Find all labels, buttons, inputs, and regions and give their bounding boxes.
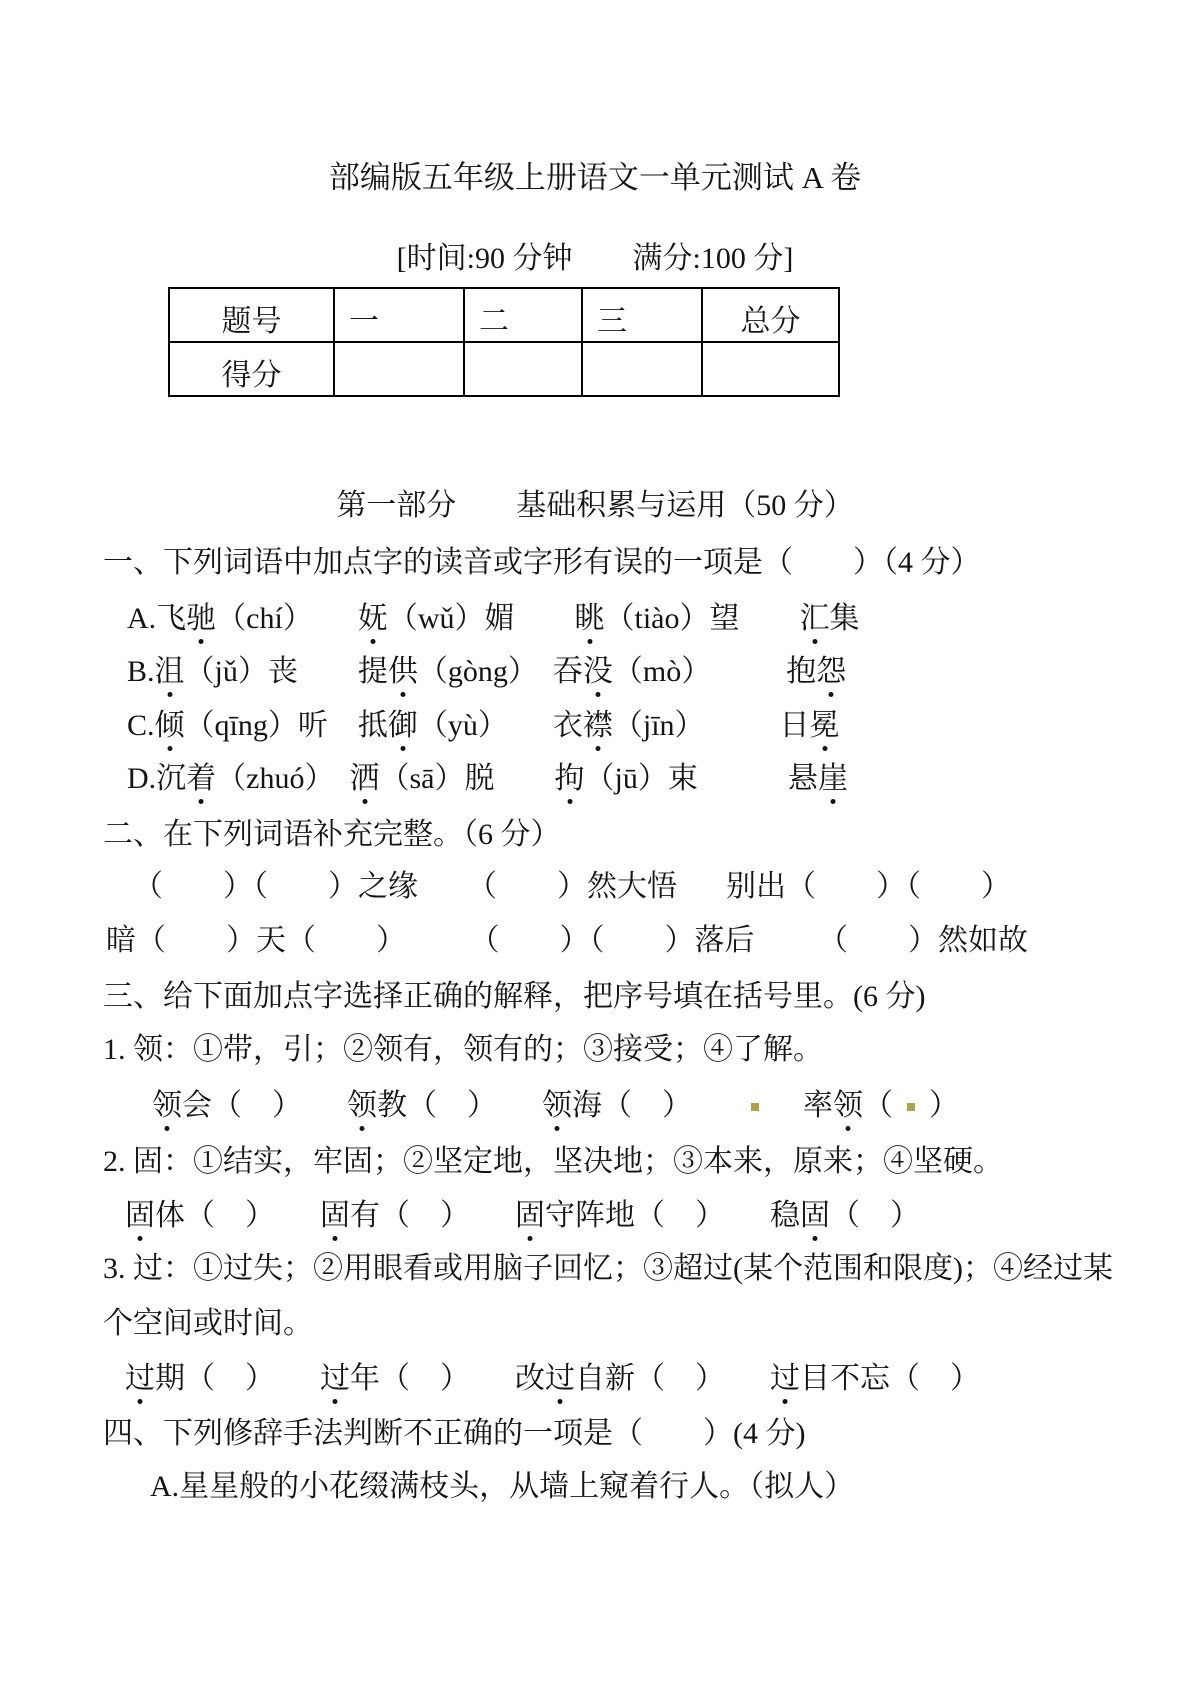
q1-option-d: D.沉着（zhuó） 洒（sā）脱 拘（jū）束 悬崖 [127, 753, 848, 797]
q2-stem: 二、在下列词语补充完整。（6 分） [103, 809, 561, 853]
text-chunk: 目不忘（ ） [800, 1362, 980, 1395]
score-cell-empty [582, 342, 702, 396]
score-table-header-row: 题号 一 二 三 总分 [169, 288, 839, 342]
emphasized-char: 崖 [818, 762, 848, 795]
text-chunk: 率 [773, 1089, 833, 1122]
q3-item1-definition: 1. 领：①带，引；②领有，领有的；③接受；④了解。 [103, 1024, 823, 1068]
emphasized-char: 拘 [555, 762, 585, 795]
text-chunk: （ [863, 1089, 893, 1122]
emphasized-char: 怨 [816, 655, 846, 688]
q3-item3-definition-line1: 3. 过：①过失；②用眼看或用脑子回忆；③超过(某个范围和限度)；④经过某 [103, 1243, 1113, 1287]
emphasized-char: 眺 [575, 602, 605, 635]
emphasized-char: 过 [320, 1362, 350, 1395]
doc-meta: [时间:90 分钟 满分:100 分] [30, 233, 1160, 277]
text-chunk: 海（ ） [572, 1089, 737, 1122]
text-chunk: （chí） [216, 602, 358, 635]
score-header-cell: 二 [464, 288, 582, 342]
text-chunk: （ ） [830, 1199, 920, 1232]
emphasized-char: 领 [347, 1089, 377, 1122]
score-header-cell: 题号 [169, 288, 334, 342]
emphasized-char: 驰 [186, 602, 216, 635]
text-chunk: （yù） 衣 [418, 709, 583, 742]
q3-item3-definition-line2: 个空间或时间。 [103, 1298, 313, 1342]
text-chunk: C. [127, 709, 155, 742]
text-chunk: A.飞 [127, 602, 186, 635]
q1-option-b: B.沮（jǔ）丧 提供（gòng） 吞没（mò） 抱怨 [127, 646, 846, 690]
text-chunk: （zhuó） [216, 762, 349, 795]
part1-heading: 第一部分 基础积累与运用（50 分） [30, 480, 1160, 524]
text-chunk: （ ）（ ）落后 [470, 915, 755, 959]
q3-item2-definition: 2. 固：①结实，牢固；②坚定地，坚决地；③本来，原来；④坚硬。 [103, 1136, 1003, 1180]
emphasized-char: 沮 [155, 655, 185, 688]
q3-item1-words: 领会（ ） 领教（ ） 领海（ ） 率领（） [152, 1080, 959, 1124]
emphasized-char: 供 [388, 655, 418, 688]
text-chunk: 年（ ） 改 [350, 1362, 545, 1395]
stray-mark [907, 1103, 915, 1111]
page: 部编版五年级上册语文一单元测试 A 卷 [时间:90 分钟 满分:100 分] … [0, 0, 1191, 1684]
q3-item3-words: 过期（ ） 过年（ ） 改过自新（ ） 过目不忘（ ） [125, 1353, 980, 1397]
score-cell-empty [702, 342, 839, 396]
emphasized-char: 领 [152, 1089, 182, 1122]
text-chunk: （mò） 抱 [613, 655, 816, 688]
score-header-cell: 总分 [702, 288, 839, 342]
text-chunk: 别出（ ）（ ） [726, 861, 1011, 905]
text-chunk: 守阵地（ ） 稳 [545, 1199, 800, 1232]
emphasized-char: 固 [125, 1199, 155, 1232]
text-chunk: 教（ ） [377, 1089, 542, 1122]
emphasized-char: 固 [515, 1199, 545, 1232]
emphasized-char: 领 [833, 1089, 863, 1122]
text-chunk: （sā）脱 [380, 762, 555, 795]
text-chunk: （wǔ）媚 [388, 602, 575, 635]
text-chunk: 体（ ） [155, 1199, 320, 1232]
emphasized-char: 洒 [350, 762, 380, 795]
score-table-value-row: 得分 [169, 342, 839, 396]
emphasized-char: 固 [800, 1199, 830, 1232]
emphasized-char: 汇 [800, 602, 830, 635]
text-chunk: B. [127, 655, 155, 688]
text-chunk: （tiào）望 [605, 602, 800, 635]
score-row-label: 得分 [169, 342, 334, 396]
score-table: 题号 一 二 三 总分 得分 [168, 287, 840, 397]
emphasized-char: 襟 [583, 709, 613, 742]
text-chunk: （ ）然如故 [818, 915, 1028, 959]
text-chunk: （ ）然大悟 [467, 861, 677, 905]
score-cell-empty [464, 342, 582, 396]
text-chunk: 集 [830, 602, 860, 635]
emphasized-char: 过 [545, 1362, 575, 1395]
text-chunk: 有（ ） [350, 1199, 515, 1232]
score-header-cell: 一 [334, 288, 464, 342]
emphasized-char: 固 [320, 1199, 350, 1232]
score-cell-empty [334, 342, 464, 396]
emphasized-char: 领 [542, 1089, 572, 1122]
emphasized-char: 过 [125, 1362, 155, 1395]
text-chunk: 自新（ ） [575, 1362, 770, 1395]
text-chunk: （jū）束 悬 [585, 762, 818, 795]
text-chunk: （ ）（ ）之缘 [133, 861, 418, 905]
text-chunk: 会（ ） [182, 1089, 347, 1122]
q4-option-a: A.星星般的小花缀满枝头，从墙上窥着行人。（拟人） [150, 1461, 854, 1505]
text-chunk: 暗（ ）天（ ） [106, 915, 406, 959]
stray-mark [751, 1103, 759, 1111]
text-chunk: ） [929, 1089, 959, 1122]
emphasized-char: 过 [770, 1362, 800, 1395]
text-chunk: （qīng）听 抵 [185, 709, 388, 742]
text-chunk: 期（ ） [155, 1362, 320, 1395]
doc-title: 部编版五年级上册语文一单元测试 A 卷 [30, 152, 1160, 197]
q2-blanks-line1: （ ）（ ）之缘（ ）然大悟别出（ ）（ ） [103, 861, 1011, 905]
emphasized-char: 倾 [155, 709, 185, 742]
q4-stem: 四、下列修辞手法判断不正确的一项是（ ）(4 分) [103, 1408, 805, 1452]
q3-stem: 三、给下面加点字选择正确的解释，把序号填在括号里。(6 分) [103, 971, 925, 1015]
text-chunk: （gòng） 吞 [418, 655, 583, 688]
text-chunk: （jǔ）丧 提 [185, 655, 388, 688]
q2-blanks-line2: 暗（ ）天（ ）（ ）（ ）落后（ ）然如故 [106, 915, 1028, 959]
emphasized-char: 妩 [358, 602, 388, 635]
score-header-cell: 三 [582, 288, 702, 342]
emphasized-char: 着 [186, 762, 216, 795]
q1-option-c: C.倾（qīng）听 抵御（yù） 衣襟（jīn） 日冕 [127, 700, 840, 744]
q1-stem: 一、下列词语中加点字的读音或字形有误的一项是（ ）（4 分） [103, 537, 981, 581]
emphasized-char: 御 [388, 709, 418, 742]
q3-item2-words: 固体（ ） 固有（ ） 固守阵地（ ） 稳固（ ） [125, 1190, 920, 1234]
emphasized-char: 没 [583, 655, 613, 688]
text-chunk: （jīn） 日 [613, 709, 810, 742]
q1-option-a: A.飞驰（chí） 妩（wǔ）媚 眺（tiào）望 汇集 [127, 593, 860, 637]
text-chunk: D.沉 [127, 762, 186, 795]
emphasized-char: 冕 [810, 709, 840, 742]
